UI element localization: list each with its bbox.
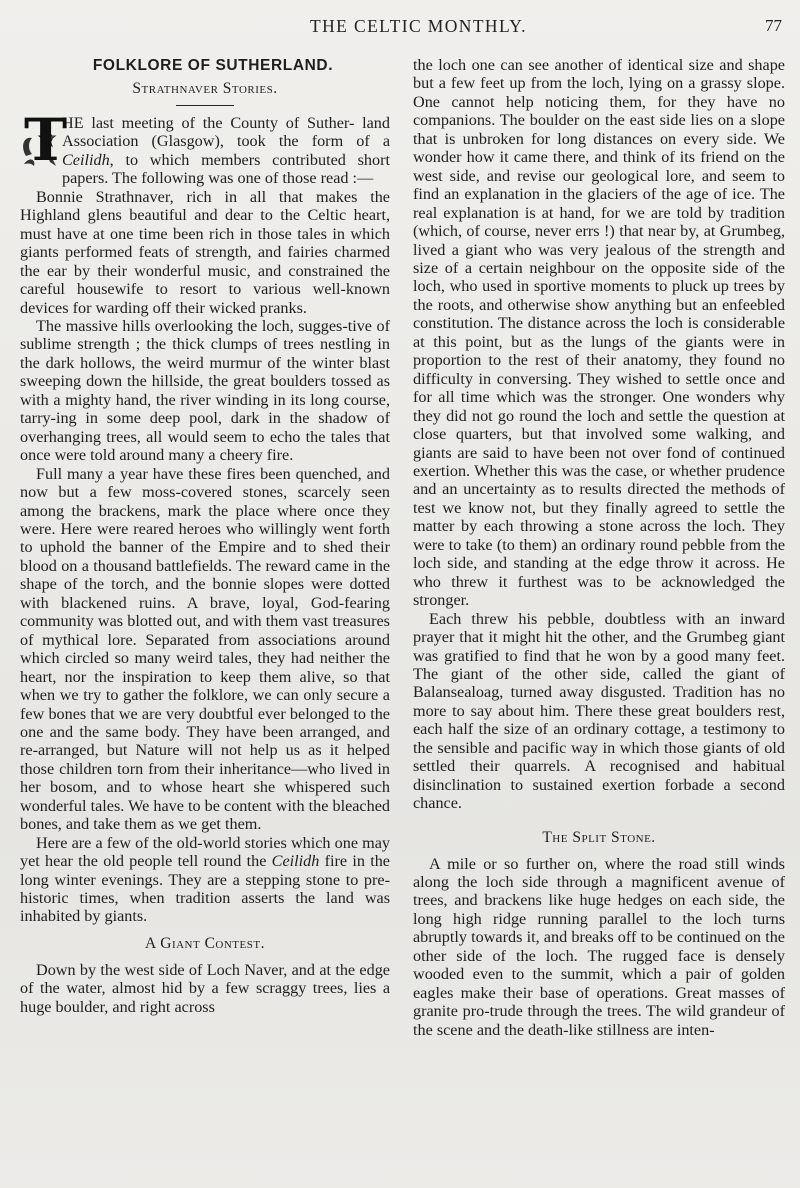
paragraph-massive-hills: The massive hills overlooking the loch, … <box>20 317 390 465</box>
decorative-dropcap-icon: T <box>20 116 58 172</box>
paragraph-giant-contest-continued: the loch one can see another of identica… <box>413 56 785 610</box>
intro-text: form of a <box>312 132 390 150</box>
ceilidh-italic: Ceilidh <box>272 852 320 870</box>
ceilidh-italic: Ceilidh <box>62 151 110 169</box>
paragraph-split-stone: A mile or so further on, where the road … <box>413 855 785 1040</box>
paragraph-old-world-stories: Here are a few of the old-world stories … <box>20 834 390 926</box>
intro-paragraph: T HE last meeting of the County of Suthe… <box>20 114 390 188</box>
paragraph-giant-contest-start: Down by the west side of Loch Naver, and… <box>20 961 390 1016</box>
article-title: FOLKLORE OF SUTHERLAND. <box>20 56 390 76</box>
paragraph-strathnaver: Bonnie Strathnaver, rich in all that mak… <box>20 188 390 317</box>
right-column: the loch one can see another of identica… <box>413 56 785 1039</box>
section-heading-giant-contest: A Giant Contest. <box>20 935 390 953</box>
section-heading-split-stone: The Split Stone. <box>413 829 785 847</box>
running-head: THE CELTIC MONTHLY. 77 <box>0 16 800 40</box>
article-subtitle: Strathnaver Stories. <box>20 79 390 99</box>
journal-title: THE CELTIC MONTHLY. <box>310 16 527 37</box>
magazine-page: THE CELTIC MONTHLY. 77 FOLKLORE OF SUTHE… <box>0 0 800 1188</box>
page-number: 77 <box>765 16 782 36</box>
paragraph-fires-quenched: Full many a year have these fires been q… <box>20 465 390 834</box>
paragraph-pebble-throw: Each threw his pebble, doubtless with an… <box>413 610 785 813</box>
left-column: FOLKLORE OF SUTHERLAND. Strathnaver Stor… <box>20 56 390 1016</box>
intro-text-end: , to which members contributed short pap… <box>62 151 390 187</box>
title-rule-divider <box>176 105 234 106</box>
intro-line-1: HE last meeting of the County of Suther- <box>62 114 354 132</box>
